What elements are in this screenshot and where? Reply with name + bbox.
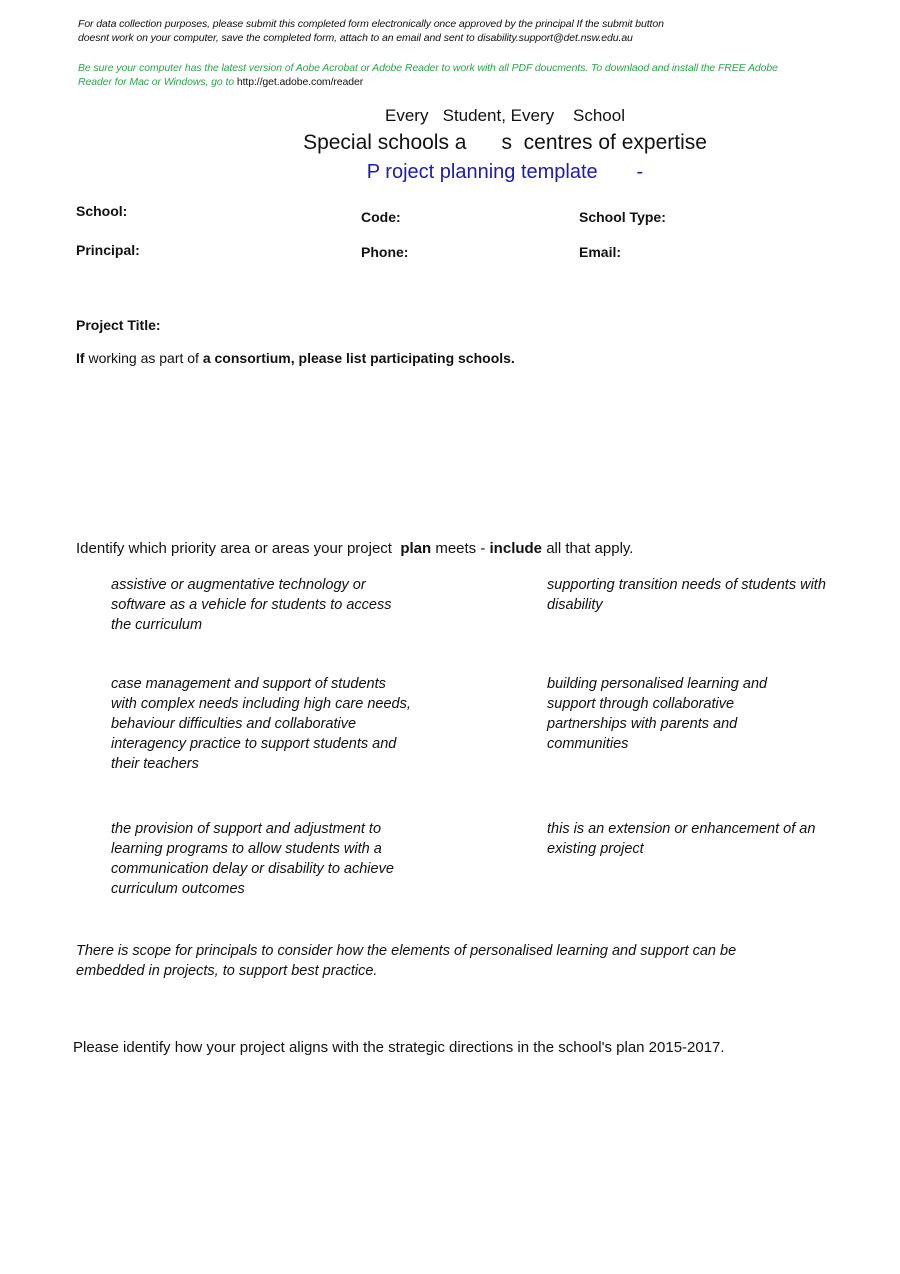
adobe-notice-line-2: Reader for Mac or Windows, go to http://… (78, 75, 778, 89)
email-field[interactable] (628, 241, 828, 263)
phone-label: Phone: (361, 244, 408, 260)
consortium-middle: working as part of (85, 350, 203, 366)
priority-item-case-management[interactable]: case management and support of students … (111, 674, 411, 774)
consortium-schools-field[interactable] (76, 372, 826, 522)
priority-item-personalised-learning[interactable]: building personalised learning and suppo… (547, 674, 797, 754)
priority-intro-part-3: all that apply. (542, 540, 633, 557)
priority-intro-plan: plan (400, 540, 431, 557)
submission-notice-line-2: doesnt work on your computer, save the c… (78, 31, 664, 45)
school-label: School: (76, 203, 127, 219)
strategic-directions-prompt: Please identify how your project aligns … (73, 1039, 725, 1056)
project-title-field[interactable] (170, 314, 820, 336)
priority-item-assistive-technology[interactable]: assistive or augmentative technology or … (111, 575, 401, 635)
submission-notice-line-1: For data collection purposes, please sub… (78, 17, 664, 31)
consortium-if: If (76, 350, 85, 366)
principal-label: Principal: (76, 242, 140, 258)
code-field[interactable] (410, 206, 560, 228)
priority-intro: Identify which priority area or areas yo… (76, 540, 633, 557)
school-type-label: School Type: (579, 209, 666, 225)
code-label: Code: (361, 209, 401, 225)
adobe-notice-line-2-text: Reader for Mac or Windows, go to (78, 76, 237, 88)
strategic-directions-field[interactable] (73, 1064, 833, 1244)
school-field[interactable] (135, 200, 345, 222)
consortium-prompt: If working as part of a consortium, plea… (76, 350, 515, 366)
submission-notice: For data collection purposes, please sub… (78, 17, 664, 45)
adobe-reader-link[interactable]: http://get.adobe.com/reader (237, 76, 363, 88)
phone-field[interactable] (415, 241, 565, 263)
priority-item-provision-of-support[interactable]: the provision of support and adjustment … (111, 819, 411, 899)
priority-intro-include: include (490, 540, 543, 557)
project-title-label: Project Title: (76, 317, 161, 333)
adobe-notice-line-1: Be sure your computer has the latest ver… (78, 61, 778, 75)
priority-item-extension-of-project[interactable]: this is an extension or enhancement of a… (547, 819, 822, 859)
adobe-reader-notice: Be sure your computer has the latest ver… (78, 61, 778, 89)
consortium-tail: a consortium, please list participating … (203, 350, 515, 366)
title-every-student: Every Student, Every School (0, 106, 900, 126)
title-project-planning-template: P roject planning template - (0, 161, 900, 184)
title-special-schools: Special schools a s centres of expertise (0, 131, 900, 155)
priority-item-transition-needs[interactable]: supporting transition needs of students … (547, 575, 827, 615)
priority-intro-part-2: meets - (431, 540, 489, 557)
scope-note: There is scope for principals to conside… (76, 941, 806, 981)
email-label: Email: (579, 244, 621, 260)
principal-field[interactable] (148, 239, 348, 261)
school-type-field[interactable] (672, 206, 832, 228)
priority-intro-part-1: Identify which priority area or areas yo… (76, 540, 400, 557)
